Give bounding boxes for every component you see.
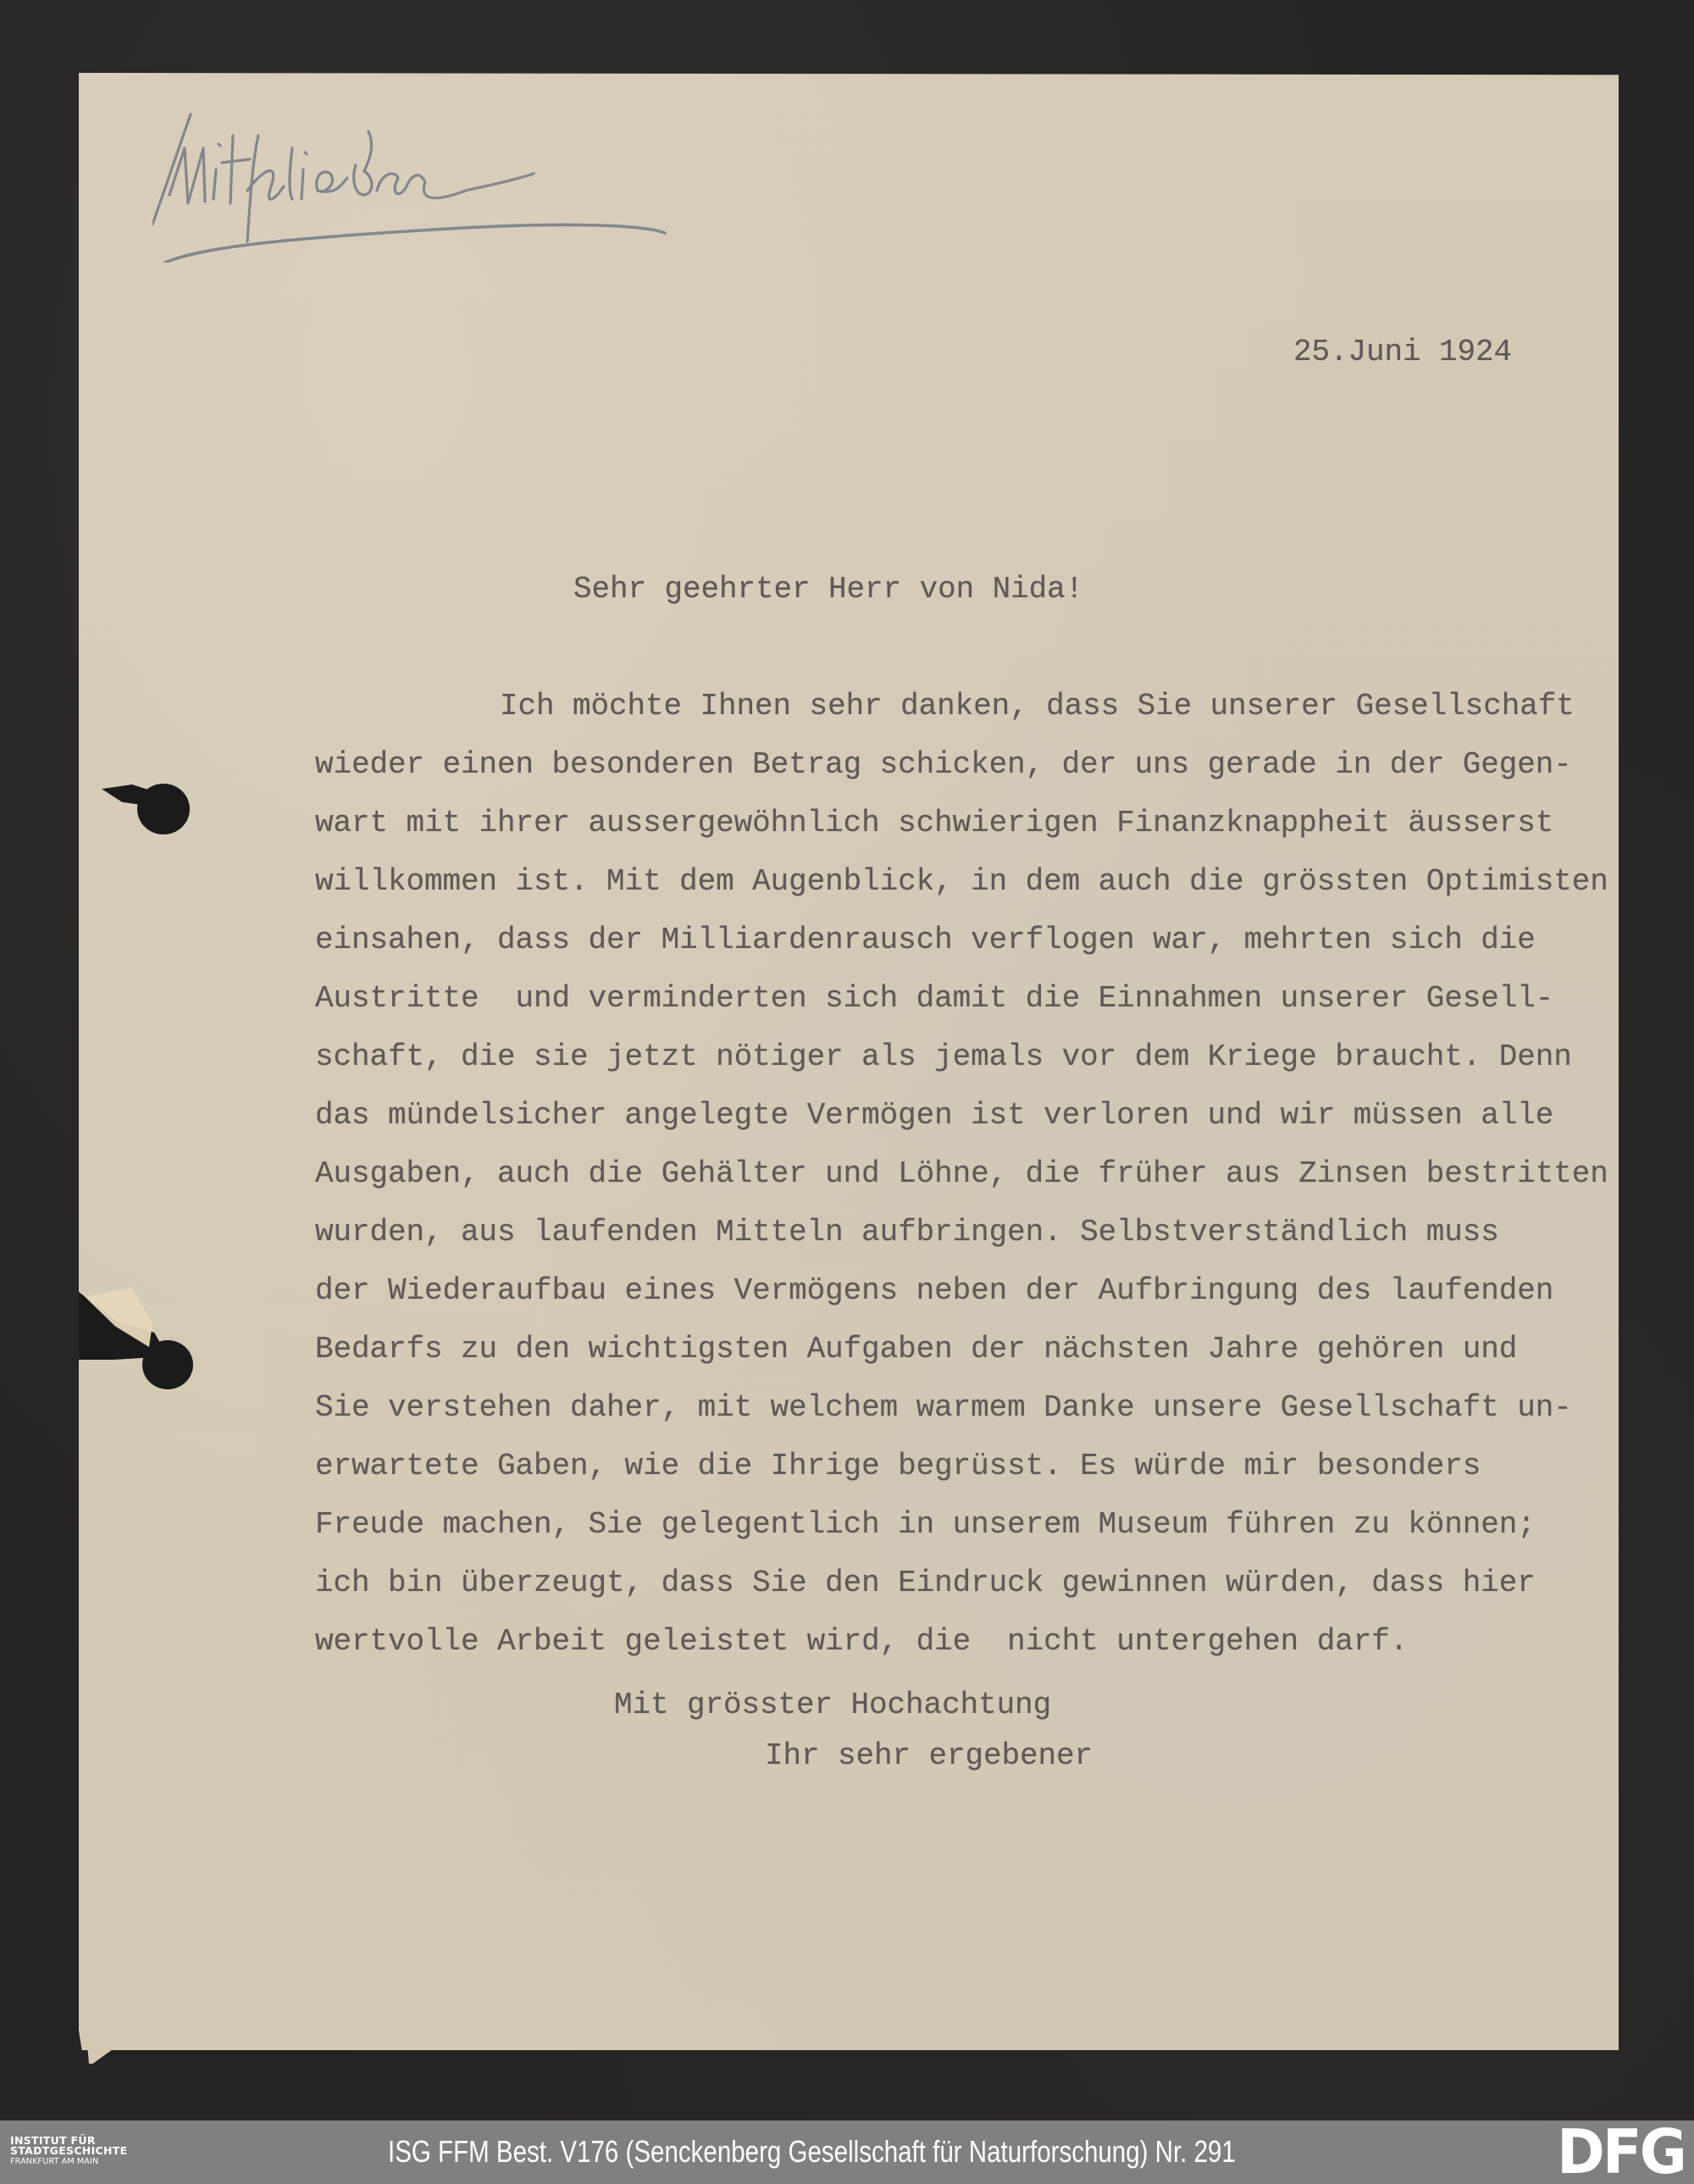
body-line: Bedarfs zu den wichtigsten Aufgaben der …	[315, 1334, 1517, 1365]
body-line: wart mit ihrer aussergewöhnlich schwieri…	[315, 808, 1553, 839]
body-line: Ich möchte Ihnen sehr danken, dass Sie u…	[500, 691, 1575, 722]
body-line: der Wiederaufbau eines Vermögens neben d…	[315, 1276, 1553, 1306]
letter-salutation: Sehr geehrter Herr von Nida!	[573, 574, 1083, 605]
body-line: wertvolle Arbeit geleistet wird, die nic…	[315, 1627, 1408, 1657]
body-line: Austritte und verminderten sich damit di…	[315, 984, 1553, 1014]
letter-date: 25.Juni 1924	[1293, 337, 1512, 368]
institution-logo: INSTITUT FÜR STADTGESCHICHTE FRANKFURT A…	[10, 2136, 127, 2167]
body-line: ich bin überzeugt, dass Sie den Eindruck…	[315, 1568, 1536, 1599]
body-line: Freude machen, Sie gelegentlich in unser…	[315, 1510, 1536, 1540]
institution-logo-line: STADTGESCHICHTE	[10, 2146, 127, 2156]
body-line: wieder einen besonderen Betrag schicken,…	[315, 750, 1572, 780]
body-line: Sie verstehen daher, mit welchem warmem …	[315, 1393, 1572, 1423]
punch-hole-top	[137, 784, 190, 834]
body-line: erwartete Gaben, wie die Ihrige begrüsst…	[315, 1451, 1481, 1482]
letter-signature-line: Ihr sehr ergebener	[765, 1741, 1093, 1771]
archive-caption: ISG FFM Best. V176 (Senckenberg Gesellsc…	[388, 2135, 1236, 2169]
body-line: einsahen, dass der Milliardenrausch verf…	[315, 925, 1536, 956]
institution-logo-line: FRANKFURT AM MAIN	[10, 2156, 127, 2167]
dfg-logo: DFG	[1557, 2127, 1685, 2176]
punch-hole-bottom	[142, 1340, 193, 1389]
letter-closing: Mit grösster Hochachtung	[614, 1690, 1051, 1721]
body-line: willkommen ist. Mit dem Augenblick, in d…	[315, 867, 1608, 897]
body-line: das mündelsicher angelegte Vermögen ist …	[315, 1100, 1553, 1131]
body-line: Ausgaben, auch die Gehälter und Löhne, d…	[315, 1159, 1608, 1189]
body-line: wurden, aus laufenden Mitteln aufbringen…	[315, 1217, 1499, 1248]
body-line: schaft, die sie jetzt nötiger als jemals…	[315, 1042, 1572, 1073]
handwritten-annotation: Mitglieder	[152, 110, 830, 263]
